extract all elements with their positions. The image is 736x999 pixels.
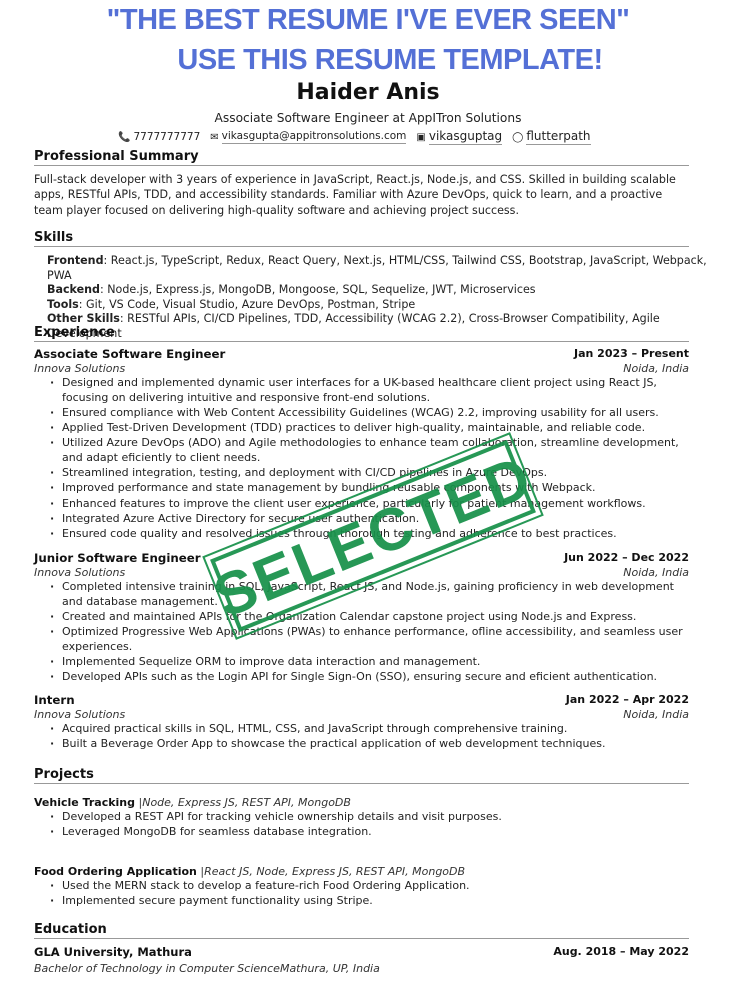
project-bullets: Used the MERN stack to develop a feature… [50, 879, 689, 909]
skill-value: : Git, VS Code, Visual Studio, Azure Dev… [79, 298, 415, 311]
project-stack: |React JS, Node, Express JS, REST API, M… [197, 865, 465, 878]
bullet-item: Utilized Azure DevOps (ADO) and Agile me… [50, 436, 689, 465]
job-company: Innova Solutions [34, 566, 125, 579]
bullet-item: Improved performance and state managemen… [50, 481, 689, 496]
candidate-subtitle: Associate Software Engineer at AppITron … [0, 111, 736, 125]
banner-line-1: "THE BEST RESUME I'VE EVER SEEN" [0, 4, 736, 37]
skill-label: Other Skills [47, 312, 120, 325]
linkedin-icon: ▣ [416, 132, 425, 143]
email-icon: ✉ [210, 132, 218, 143]
job-company: Innova Solutions [34, 708, 125, 721]
section-title-skills: Skills [34, 230, 689, 247]
project-name: Vehicle Tracking [34, 796, 135, 809]
job-role: Associate Software Engineer [34, 347, 225, 361]
contact-phone-text: 7777777777 [133, 131, 200, 143]
job-location: Noida, India [623, 362, 689, 375]
skill-label: Backend [47, 283, 100, 296]
bullet-item: Leveraged MongoDB for seamless database … [50, 825, 689, 840]
bullet-item: Created and maintained APIs for the Orga… [50, 610, 689, 625]
contact-github-link[interactable]: flutterpath [526, 129, 590, 145]
project-bullets: Developed a REST API for tracking vehicl… [50, 810, 689, 840]
bullet-item: Completed intensive training in SQL, Jav… [50, 580, 689, 609]
contact-bar: 📞 7777777777 ✉ vikasgupta@appitronsoluti… [118, 129, 568, 145]
banner-line-2: USE THIS RESUME TEMPLATE! [22, 44, 736, 77]
bullet-item: Implemented secure payment functionality… [50, 894, 689, 909]
contact-github[interactable]: ◯ flutterpath [512, 129, 590, 145]
bullet-item: Streamlined integration, testing, and de… [50, 466, 689, 481]
job-dates: Jun 2022 – Dec 2022 [564, 551, 689, 565]
skill-label: Tools [47, 298, 79, 311]
job-location: Noida, India [623, 566, 689, 579]
project-name: Food Ordering Application [34, 865, 197, 878]
project-entry: Vehicle Tracking |Node, Express JS, REST… [34, 796, 689, 841]
summary-text: Full-stack developer with 3 years of exp… [34, 172, 694, 218]
bullet-item: Used the MERN stack to develop a feature… [50, 879, 689, 894]
job-role: Junior Software Engineer [34, 551, 201, 565]
bullet-item: Developed a REST API for tracking vehicl… [50, 810, 689, 825]
job-bullets: Completed intensive training in SQL, Jav… [50, 580, 689, 685]
contact-email-link[interactable]: vikasgupta@appitronsolutions.com [222, 130, 407, 144]
bullet-item: Ensured compliance with Web Content Acce… [50, 406, 689, 421]
bullet-item: Applied Test-Driven Development (TDD) pr… [50, 421, 689, 436]
education-dates: Aug. 2018 – May 2022 [553, 945, 689, 959]
skill-row: Frontend: React.js, TypeScript, Redux, R… [47, 254, 707, 283]
job-role: Intern [34, 693, 75, 707]
github-icon: ◯ [512, 132, 523, 143]
bullet-item: Built a Beverage Order App to showcase t… [50, 737, 689, 752]
education-school: GLA University, Mathura [34, 945, 192, 959]
bullet-item: Implemented Sequelize ORM to improve dat… [50, 655, 689, 670]
education-entry: GLA University, MathuraAug. 2018 – May 2… [34, 945, 689, 975]
section-title-education: Education [34, 922, 689, 939]
job-bullets: Acquired practical skills in SQL, HTML, … [50, 722, 689, 752]
skill-value: : Node.js, Express.js, MongoDB, Mongoose… [100, 283, 536, 296]
contact-email[interactable]: ✉ vikasgupta@appitronsolutions.com [210, 130, 406, 144]
job-dates: Jan 2023 – Present [574, 347, 689, 361]
skill-label: Frontend [47, 254, 104, 267]
bullet-item: Designed and implemented dynamic user in… [50, 376, 689, 405]
job-dates: Jan 2022 – Apr 2022 [566, 693, 689, 707]
contact-linkedin[interactable]: ▣ vikasguptag [416, 129, 502, 145]
section-title-projects: Projects [34, 767, 689, 784]
skill-value: : React.js, TypeScript, Redux, React Que… [47, 254, 707, 282]
contact-linkedin-link[interactable]: vikasguptag [429, 129, 502, 145]
section-title-summary: Professional Summary [34, 149, 689, 166]
skill-row: Tools: Git, VS Code, Visual Studio, Azur… [47, 298, 707, 313]
candidate-name: Haider Anis [0, 80, 736, 105]
skill-row: Backend: Node.js, Express.js, MongoDB, M… [47, 283, 707, 298]
phone-icon: 📞 [118, 132, 130, 143]
contact-phone[interactable]: 📞 7777777777 [118, 131, 200, 143]
project-entry: Food Ordering Application |React JS, Nod… [34, 865, 689, 910]
bullet-item: Optimized Progressive Web Applications (… [50, 625, 689, 654]
bullet-item: Acquired practical skills in SQL, HTML, … [50, 722, 689, 737]
bullet-item: Developed APIs such as the Login API for… [50, 670, 689, 685]
job-company: Innova Solutions [34, 362, 125, 375]
job-location: Noida, India [623, 708, 689, 721]
education-degree: Bachelor of Technology in Computer Scien… [34, 962, 689, 975]
job-entry: InternJan 2022 – Apr 2022 Innova Solutio… [34, 693, 689, 753]
section-title-experience: Experience [34, 325, 689, 342]
project-stack: |Node, Express JS, REST API, MongoDB [135, 796, 351, 809]
